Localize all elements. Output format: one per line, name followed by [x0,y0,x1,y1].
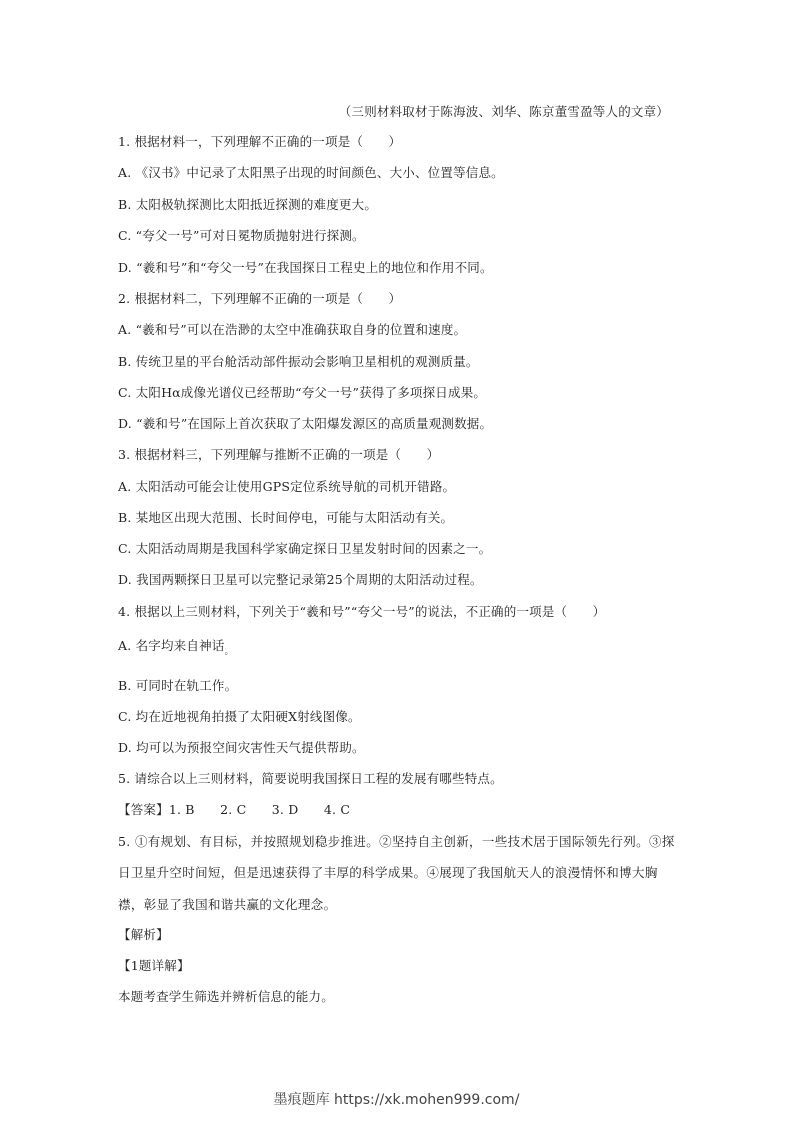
question-4-option-a: A. 名字均来自神话。 [118,638,234,660]
question-3-stem: 3. 根据材料三，下列理解与推断不正确的一项是（ ） [118,447,439,463]
answer-q5: 5. ①有规划、有目标，并按照规划稳步推进。②坚持自主创新，一些技术居于国际领先… [118,826,678,920]
analysis-sub-label: 【1题详解】 [118,958,190,974]
question-5-stem: 5. 请综合以上三则材料，简要说明我国探日工程的发展有哪些特点。 [118,771,503,787]
question-2-option-c: C. 太阳Hα成像光谱仪已经帮助“夸父一号”获得了多项探日成果。 [118,385,486,401]
question-1-stem: 1. 根据材料一，下列理解不正确的一项是（ ） [118,134,401,150]
analysis-label: 【解析】 [118,927,169,943]
question-4-stem: 4. 根据以上三则材料，下列关于“羲和号”“夸父一号”的说法，不正确的一项是（ … [118,604,605,620]
question-3-option-a: A. 太阳活动可能会让使用GPS定位系统导航的司机开错路。 [118,479,455,495]
source-note: （三则材料取材于陈海波、刘华、陈京董雪盈等人的文章） [339,104,669,120]
question-4-option-d: D. 均可以为预报空间灾害性天气提供帮助。 [118,740,365,756]
answer-label: 【答案】 [118,802,169,817]
question-3-option-c: C. 太阳活动周期是我国科学家确定探日卫星发射时间的因素之一。 [118,541,491,557]
question-4-option-c: C. 均在近地视角拍摄了太阳硬X射线图像。 [118,709,361,725]
footer-watermark: 墨痕题库 https://xk.mohen999.com/ [0,1089,793,1109]
question-1-option-d: D. “羲和号”和“夸父一号”在我国探日工程史上的地位和作用不同。 [118,260,493,276]
question-1-option-a: A. 《汉书》中记录了太阳黑子出现的时间颜色、大小、位置等信息。 [118,165,504,181]
question-3-option-b: B. 某地区出现大范围、长时间停电，可能与太阳活动有关。 [118,510,453,526]
analysis-text: 本题考查学生筛选并辨析信息的能力。 [118,989,334,1005]
question-2-option-a: A. “羲和号”可以在浩渺的太空中准确获取自身的位置和速度。 [118,322,466,338]
question-4-option-a-period: 。 [224,647,233,657]
question-1-option-c: C. “夸父一号”可对日冕物质抛射进行探测。 [118,228,365,244]
question-4-option-b: B. 可同时在轨工作。 [118,678,237,694]
question-2-option-b: B. 传统卫星的平台舱活动部件振动会影响卫星相机的观测质量。 [118,354,479,370]
answer-choices: 1. B 2. C 3. D 4. C [169,802,350,817]
question-4-option-a-text: A. 名字均来自神话 [118,638,224,653]
question-3-option-d: D. 我国两颗探日卫星可以完整记录第25个周期的太阳活动过程。 [118,572,483,588]
answer-line: 【答案】1. B 2. C 3. D 4. C [118,802,350,818]
question-2-option-d: D. “羲和号”在国际上首次获取了太阳爆发源区的高质量观测数据。 [118,416,492,432]
question-2-stem: 2. 根据材料二，下列理解不正确的一项是（ ） [118,291,401,307]
question-1-option-b: B. 太阳极轨探测比太阳抵近探测的难度更大。 [118,197,377,213]
